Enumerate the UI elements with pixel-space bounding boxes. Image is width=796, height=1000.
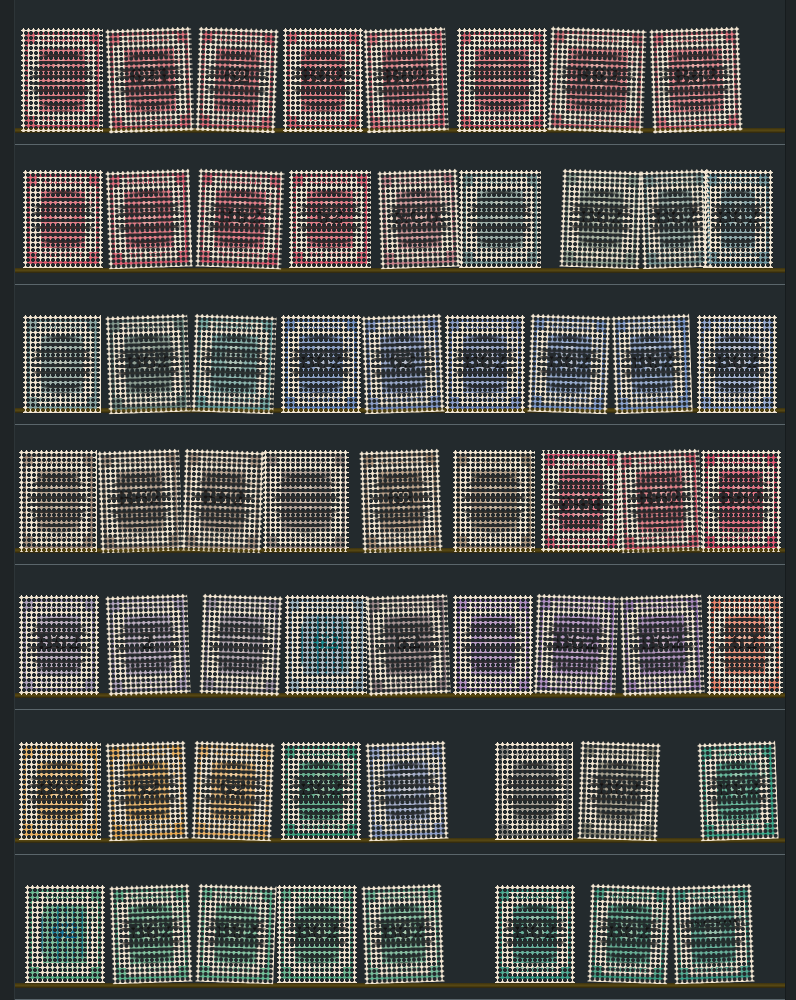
stamp[interactable]: HONGKONG TWO CENTS 香港 B62 [97,449,183,554]
portrait-head [394,915,412,942]
queen-victoria-portrait [214,47,260,112]
stock-strip-row-4: HONGKONG TWO CENTS 香港 HONGKONG TWO CENTS… [15,425,785,553]
denomination-label: EIGHT CENTS [122,821,174,834]
queen-victoria-portrait [210,334,258,394]
portrait-head [51,772,69,798]
denomination-label: TEN CENTS [602,964,654,977]
queen-victoria-portrait [638,614,686,676]
country-label: HONGKONG [380,748,432,761]
denomination-label: EIGHT CENTS [33,822,87,833]
country-label: HONGKONG [120,748,172,761]
queen-victoria-portrait [281,470,331,532]
denomination-label: 24 CENTS [210,964,260,977]
denomination-label: TWO CENTS [277,534,335,545]
country-label: HONGKONG [208,321,262,334]
stock-strip-row-5: HONGKONG SIX CENTS 香港 B62 HONGKONG SIX C… [15,565,785,698]
denomination-label: SIX CENTS [382,676,436,689]
portrait-head [731,200,745,226]
denomination-label: THIRTY CENTS [721,677,769,688]
portrait-head [56,915,74,941]
country-label: HONGKONG [604,891,656,904]
denomination-label: FIVE CENTS [459,395,511,406]
portrait-head [214,481,233,509]
portrait-head [484,626,502,653]
country-label: HONGKONG [711,322,763,333]
portrait-head [560,345,578,372]
denomination-label: TWO CENTS [715,534,767,545]
stamp[interactable]: HONGKONG TWO CENTS 香港 B62 [649,26,743,133]
stamp[interactable]: HONGKONG TWO CENTS 香港 62 [289,170,371,268]
portrait-head [308,915,326,941]
portrait-head [652,625,671,653]
stamp[interactable]: HONGKONG FOUR CENTS 香港 [23,315,101,413]
country-label: HONGKONG [555,534,607,545]
denomination-label: TWO CENTS [195,533,247,546]
queen-victoria-portrait [382,47,430,113]
denomination-label: FIVE CENTS [382,821,434,834]
chinese-characters: 香港 [530,50,538,110]
queen-victoria-portrait [384,614,432,676]
country-label: HONGKONG [376,891,428,904]
stamp[interactable]: HONGKONG TWO CENTS 香港 B62 [547,26,647,133]
chinese-characters: 香港 [508,337,516,391]
country-label: HONGKONG [212,176,270,189]
stamp[interactable]: HONGKONG TWO CENTS 香港 &Co. [377,169,460,270]
stamp[interactable]: HONGKONG TEN CENTS 香港 [453,595,533,695]
queen-victoria-portrait [716,761,760,820]
queen-victoria-portrait [210,761,256,821]
country-label: HONGKONG [376,321,428,334]
country-label: HONGKONG [377,34,431,47]
portrait-head [232,625,251,653]
stamp[interactable]: HONGKONG FOUR CENTS 香港 [459,170,541,268]
country-label: HONGKONG [291,892,343,903]
portrait-head [567,625,586,653]
portrait-head [296,481,316,509]
stamp[interactable]: HONGKONG 24 CENTS 香港 B62 [195,884,276,985]
chinese-characters: 香港 [84,764,92,818]
queen-victoria-portrait [513,762,555,820]
country-label: HONGKONG [119,34,177,47]
country-label: HONGKONG [594,748,646,761]
portrait-head [139,200,159,227]
denomination-label: TEN CENTS [688,964,740,977]
stamp[interactable]: HONGKONG TWO CENTS 香港 [19,450,97,552]
chinese-characters: 香港 [332,472,340,530]
chinese-characters: 香港 [516,617,524,673]
stamp[interactable]: HONGKONG TEN CENTS 香港 HONG KONG [671,884,754,985]
stamp[interactable]: HONGKONG 24 CENTS 香港 B62 [277,885,357,983]
queen-victoria-portrait [124,761,170,821]
stamp[interactable]: HONGKONG FOUR CENTS 香港 B62 [559,169,642,270]
portrait-head [728,345,746,371]
stamp[interactable]: HONGKONG THIRTY CENTS 香港 62 [707,595,783,695]
country-label: HONGKONG [295,322,347,333]
queen-victoria-portrait [596,761,642,821]
denomination-label: 96 CENTS [509,822,559,833]
country-label: HONGKONG [212,891,262,904]
stamp[interactable]: HONGKONG FOUR CENTS 香港 [191,314,276,415]
stamp[interactable]: HONGKONG TEN CENTS 香港 B62 [533,594,618,697]
stamp[interactable]: HONGKONG TWO CENTS 香港 [263,450,349,552]
portrait-head [53,59,71,88]
queen-victoria-portrait [200,469,246,532]
stamp[interactable]: HONGKONG TWO CENTS 香港 B62 [181,449,265,554]
chinese-characters: 香港 [340,907,348,961]
country-label: HONGKONG [564,34,632,47]
country-label: HONGKONG [509,749,559,760]
stamp[interactable]: HONGKONG FOUR CENTS 香港 B62 [703,170,773,268]
stamp[interactable]: HONGKONG EIGHT CENTS 香港 62 [191,741,274,842]
denomination-label: TWO CENTS [122,249,178,262]
stamp[interactable]: HONGKONG TWO CENTS 香港 B62 [617,449,703,554]
stamp[interactable]: HONGKONG SIX CENTS 香港 [199,594,282,697]
portrait-head [321,200,339,226]
queen-victoria-portrait [299,762,343,820]
denomination-label: TWO CENTS [555,457,607,468]
queen-victoria-portrait [566,47,628,113]
chinese-characters: 香港 [550,472,558,530]
denomination-label: FOUR CENTS [717,250,759,261]
country-label: HONGKONG [33,602,85,613]
country-label: HONGKONG [111,456,165,469]
portrait-head [227,915,245,942]
portrait-head [396,59,415,88]
portrait-head [138,625,157,653]
denomination-label: TWO CENTS [394,249,446,262]
chinese-characters: 香港 [346,50,354,110]
chinese-characters: 香港 [756,192,764,246]
country-label: HONGKONG [297,35,349,46]
country-label: HONGKONG [550,601,604,614]
portrait-head [50,481,67,509]
queen-victoria-portrait [380,334,426,394]
portrait-head [317,626,335,653]
denomination-label: FOUR CENTS [37,395,87,406]
portrait-head [225,345,244,372]
queen-victoria-portrait [719,470,763,532]
queen-victoria-portrait [214,904,258,963]
stamp[interactable]: HONGKONG TEN CENTS 香港 B62 [587,884,670,985]
chinese-characters: 香港 [344,764,352,818]
queen-victoria-portrait [116,469,164,533]
country-label: HONGKONG [216,601,268,614]
queen-victoria-portrait [218,614,264,675]
portrait-head [732,481,750,509]
stamp[interactable]: HONGKONG FIVE CENTS 香港 62 [361,314,444,415]
queen-victoria-portrait [307,190,353,248]
chinese-characters: 香港 [350,617,358,673]
country-label: HONGKONG [631,456,685,469]
portrait-head [410,200,428,227]
stamp[interactable]: HONGKONG 96 CENTS 香港 B62 [577,741,660,842]
country-label: HONGKONG [467,602,519,613]
country-label: HONGKONG [576,176,628,189]
queen-victoria-portrait [295,905,339,963]
denomination-label: TWO CENTS [37,250,89,261]
country-label: HONGKONG [299,602,353,613]
chinese-characters: 香港 [558,907,566,961]
country-label: HONGKONG [373,456,425,469]
strip-shadow-band [15,268,785,273]
stamp[interactable]: HONGKONG 24 CENTS 香港 B62 [361,884,444,985]
country-label: HONGKONG [715,457,767,468]
country-label: HONGKONG [712,748,762,761]
queen-victoria-portrait [37,470,79,532]
queen-victoria-portrait [559,470,603,532]
country-label: HONGKONG [471,35,533,46]
denomination-label: FOUR CENTS [206,394,260,407]
portrait-head [729,772,747,799]
stamp[interactable]: HONGKONG FIVE CENTS 香港 B62 [527,314,610,415]
country-label: HONGKONG [467,457,521,468]
denomination-label: TEN CENTS [295,822,347,833]
portrait-head [138,772,156,799]
stamp[interactable]: HONGKONG EIGHT CENTS 香港 62 [105,741,188,842]
country-label: HONGKONG [120,601,174,614]
country-label: HONGKONG [33,457,83,468]
portrait-head [224,772,242,799]
queen-victoria-portrait [303,615,349,675]
queen-victoria-portrait [690,904,736,964]
denomination-label: TEN CENTS [636,676,690,689]
queen-victoria-portrait [463,335,507,393]
denomination-label: FOUR CENTS [574,249,626,262]
denomination-label: TEN CENTS [714,821,764,834]
denomination-label: TWO CENTS [380,113,434,126]
stamp[interactable]: HONGKONG FIVE CENTS 香港 B62 [445,315,525,413]
chinese-characters: 香港 [86,192,94,246]
stamp[interactable]: HONGKONG SIX CENTS 香港 62 [365,594,450,697]
portrait-head [312,772,330,798]
queen-victoria-portrait [471,615,515,675]
stamp[interactable]: HONGKONG SIX CENTS 香港 62 [285,595,367,695]
portrait-head [491,200,509,226]
country-label: HONGKONG [392,176,444,189]
portrait-head [314,59,332,88]
stamp[interactable]: HONGKONG TWO CENTS 香港 B62 [541,450,621,552]
stamp[interactable]: HONGKONG EIGHT CENTS 香港 B62 [19,742,101,840]
queen-victoria-portrait [396,189,442,249]
denomination-label: TWO CENTS [122,113,180,126]
denomination-label: FIVE CENTS [542,394,594,407]
country-label: HONGKONG [626,321,676,334]
denomination-label: TWO CENTS [471,114,533,125]
queen-victoria-portrait [124,334,172,394]
stock-strip-row-6: HONGKONG EIGHT CENTS 香港 B62 HONGKONG EIG… [15,710,785,843]
queen-victoria-portrait [380,904,426,964]
stamp[interactable]: HONGKONG 24 CENTS 香港 B62 [109,884,192,985]
queen-victoria-portrait [721,190,755,248]
stamp[interactable]: HONGKONG TEN CENTS 香港 B62 [495,885,575,983]
country-label: HONGKONG [33,749,87,760]
queen-victoria-portrait [124,614,172,676]
chinese-characters: 香港 [86,50,94,110]
portrait-head [610,772,628,799]
stamp[interactable]: HONGKONG TWO CENTS 香港 [453,450,535,552]
denomination-label: TWO CENTS [467,534,521,545]
portrait-head [398,625,417,653]
stock-strip-row-7: HONGKONG 24 CENTS 香港 62 HONGKONG 24 CENT… [15,855,785,988]
country-label: HONGKONG [717,177,759,188]
queen-victoria-portrait [658,189,694,248]
portrait-head [526,915,544,941]
denomination-label: SIX CENTS [214,676,266,689]
stamp[interactable]: HONGKONG TWO CENTS 香港 B62 [701,450,781,552]
country-label: HONGKONG [39,892,91,903]
portrait-head [50,626,68,653]
stamp[interactable]: HONGKONG TWO CENTS 香港 62 [359,449,443,554]
stamp[interactable]: HONGKONG TWO CENTS 香港 [21,28,103,132]
queen-victoria-portrait [378,469,424,532]
denomination-label: TWO CENTS [634,533,688,546]
portrait-head [142,915,160,942]
portrait-head [138,345,157,372]
portrait-head [130,481,149,510]
queen-victoria-portrait [606,904,652,964]
portrait-head [491,59,513,88]
stamp[interactable]: HONGKONG TWO CENTS 香港 [105,169,192,270]
queen-victoria-portrait [475,48,529,112]
country-label: HONGKONG [198,456,250,469]
stamp[interactable]: HONGKONG TWO CENTS 香港 B62 [195,169,284,270]
stock-strip-row-3: HONGKONG FOUR CENTS 香港 HONGKONG FOUR CEN… [15,285,785,413]
portrait-head [485,481,503,509]
portrait-head [526,772,543,798]
portrait-head [54,345,71,371]
denomination-label: TEN CENTS [467,677,519,688]
queen-victoria-portrait [41,190,85,248]
denomination-label: TWO CENTS [561,113,629,126]
portrait-head [650,481,669,510]
stamp[interactable]: HONGKONG 24 CENTS 香港 62 [25,885,105,983]
country-label: HONGKONG [473,177,527,188]
queen-victoria-portrait [41,335,83,393]
stamp[interactable]: HONGKONG FOUR CENTS 香港 B62 [639,169,712,269]
stamp[interactable]: HONGKONG 96 CENTS 香港 [495,742,573,840]
denomination-label: FOUR CENTS [656,249,698,261]
denomination-label: TWO CENTS [114,533,168,546]
chinese-characters: 香港 [524,192,532,246]
denomination-label: FIVE CENTS [378,394,430,407]
denomination-label: TEN CENTS [509,965,561,976]
country-label: HONGKONG [654,176,696,188]
queen-victoria-portrait [214,189,266,249]
portrait-head [592,200,610,227]
portrait-head [392,481,411,509]
queen-victoria-portrait [39,48,85,112]
portrait-head [476,345,494,371]
queen-victoria-portrait [471,470,517,532]
queen-victoria-portrait [513,905,557,963]
chinese-characters: 香港 [354,192,362,246]
strip-shadow-band [15,983,785,988]
denomination-label: SIX CENTS [33,677,85,688]
queen-victoria-portrait [725,615,765,675]
stock-strip-row-2: HONGKONG TWO CENTS 香港 HONGKONG TWO CENTS… [15,145,785,273]
denomination-label: TWO CENTS [210,249,268,262]
portrait-head [572,493,590,521]
stamp[interactable]: HONGKONG SIX CENTS 香港 B62 [19,595,99,695]
queen-victoria-portrait [128,904,174,964]
stamp[interactable]: HONGKONG TEN CENTS 香港 B62 [281,742,361,840]
chinese-characters: 香港 [760,337,768,391]
queen-victoria-portrait [37,615,81,675]
country-label: HONGKONG [459,322,511,333]
denomination-label: TWO CENTS [303,250,357,261]
stamp[interactable]: HONGKONG TWO CENTS 香港 B62 [363,27,449,134]
denomination-label: FIVE CENTS [295,395,347,406]
queen-victoria-portrait [477,190,523,248]
portrait-head [737,626,753,653]
portrait-head [643,345,661,372]
portrait-head [228,59,247,88]
country-label: HONGKONG [295,749,347,760]
queen-victoria-portrait [43,905,87,963]
chinese-characters: 香港 [766,617,774,673]
denomination-label: 24 CENTS [39,965,91,976]
country-label: HONGKONG [120,321,174,334]
denomination-label: EIGHT CENTS [206,821,258,834]
stamp[interactable]: HONGKONG TWO CENTS 香港 B62 [283,28,363,132]
stamp[interactable]: HONGKONG TWO CENTS 香港 621 [105,27,195,134]
denomination-label: 24 CENTS [291,965,343,976]
stamp[interactable]: HONGKONG FIVE CENTS 香港 B62 [697,315,777,413]
denomination-label: TWO CENTS [33,534,83,545]
denomination-label: TWO CENTS [376,533,428,546]
country-label: HONGKONG [686,891,738,904]
stamp[interactable]: HONGKONG TWO CENTS 香港 [23,170,103,268]
denomination-label: FOUR CENTS [473,250,527,261]
country-label: HONGKONG [380,601,434,614]
stamp[interactable]: HONGKONG SIX CENTS 香港 2 [105,594,190,697]
denomination-label: TEN CENTS [548,676,602,689]
chinese-characters: 香港 [82,617,90,673]
queen-victoria-portrait [578,189,624,249]
portrait-head [312,345,330,371]
queen-victoria-portrait [552,614,600,676]
country-label: HONGKONG [277,457,335,468]
stamp[interactable]: HONGKONG FOUR CENTS 香港 B62 [105,314,190,415]
chinese-characters: 香港 [80,472,88,530]
denomination-label: TWO CENTS [666,113,728,126]
queen-victoria-portrait [636,469,684,533]
queen-victoria-portrait [124,47,176,113]
stamp[interactable]: HONGKONG TWO CENTS 香港 [457,28,547,132]
stamp[interactable]: HONGKONG FIVE CENTS 香港 B62 [281,315,361,413]
denomination-label: 24 CENTS [378,964,430,977]
stamp[interactable]: HONGKONG TEN CENTS 香港 B62 [697,741,778,842]
denomination-label: FIVE CENTS [628,394,678,407]
denomination-label: TWO CENTS [35,114,89,125]
denomination-label: 24 CENTS [126,964,178,977]
chinese-characters: 香港 [764,472,772,530]
stamp[interactable]: HONGKONG FIVE CENTS 香港 B62 [611,314,692,415]
stamp[interactable]: HONGKONG FIVE CENTS 香港 [365,741,448,842]
denomination-label: TWO CENTS [209,113,261,126]
chinese-characters: 香港 [88,907,96,961]
portrait-head [139,59,160,88]
country-label: HONGKONG [212,34,264,47]
stamp[interactable]: HONGKONG TEN CENTS 香港 B62 [619,594,704,697]
portrait-head [620,915,638,942]
chinese-characters: 香港 [518,472,526,530]
portrait-head [684,59,707,89]
country-label: HONGKONG [120,176,176,189]
stock-page: HONGKONG TWO CENTS 香港 HONGKONG TWO CENTS… [14,0,786,1000]
country-label: HONGKONG [35,35,89,46]
stamp[interactable]: HONGKONG TWO CENTS 香港 62 [195,27,279,134]
